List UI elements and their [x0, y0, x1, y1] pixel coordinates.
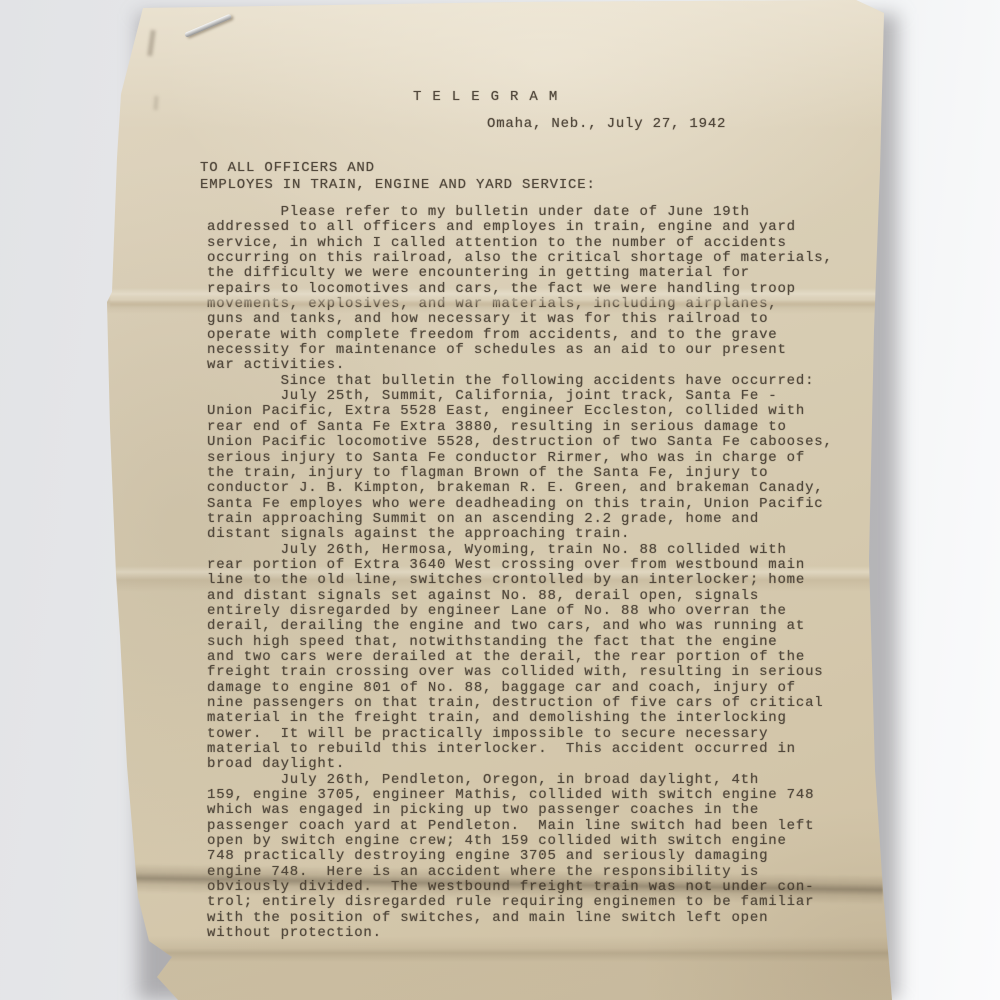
salutation-line-1: TO ALL OFFICERS AND [200, 160, 375, 176]
typed-content: T E L E G R A M Omaha, Neb., July 27, 19… [0, 0, 1000, 1000]
dateline: Omaha, Neb., July 27, 1942 [487, 116, 726, 132]
document-title: T E L E G R A M [413, 89, 559, 105]
body-text: Please refer to my bulletin under date o… [207, 205, 833, 942]
fold-crease-upper [110, 293, 876, 308]
photo-background: T E L E G R A M Omaha, Neb., July 27, 19… [0, 0, 1000, 1000]
paper-sheet: T E L E G R A M Omaha, Neb., July 27, 19… [0, 0, 1000, 1000]
salutation-line-2: EMPLOYES IN TRAIN, ENGINE AND YARD SERVI… [200, 177, 596, 193]
salutation: TO ALL OFFICERS ANDEMPLOYES IN TRAIN, EN… [200, 160, 596, 194]
